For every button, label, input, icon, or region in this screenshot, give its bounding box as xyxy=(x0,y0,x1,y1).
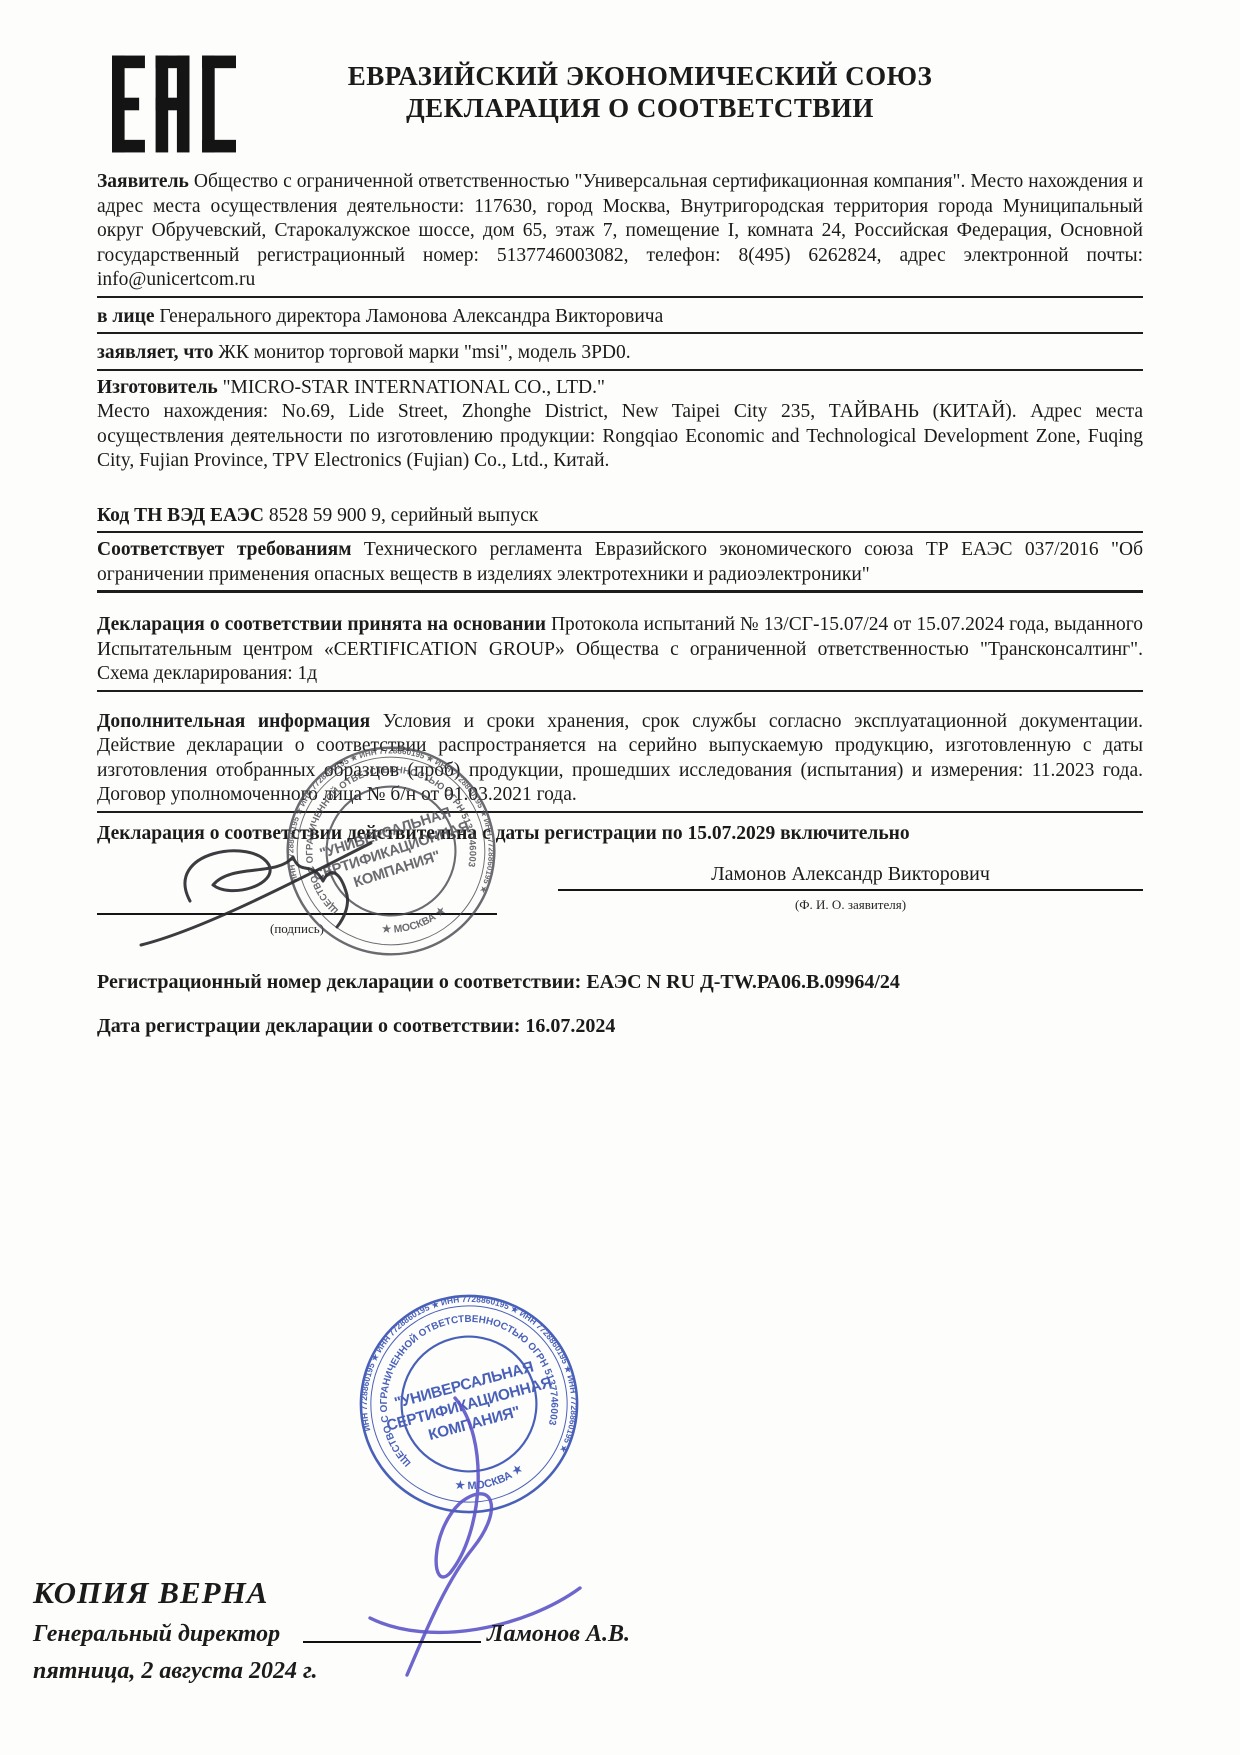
applicant-text: Общество с ограниченной ответственностью… xyxy=(97,171,1143,290)
manufacturer-name: "MICRO-STAR INTERNATIONAL CO., LTD." xyxy=(223,377,605,398)
applicant-label: Заявитель xyxy=(97,171,189,192)
compliance-paragraph: Соответствует требованиям Технического р… xyxy=(97,538,1143,587)
name-line xyxy=(558,889,1143,891)
applicant-paragraph: Заявитель Общество с ограниченной ответс… xyxy=(97,170,1143,293)
registration-number-label: Регистрационный номер декларации о соотв… xyxy=(97,971,581,993)
declares-section: заявляет, что ЖК монитор торговой марки … xyxy=(97,341,1143,371)
representative-label: в лице xyxy=(97,306,154,327)
registration-date-value: 16.07.2024 xyxy=(525,1015,615,1037)
manufacturer-name-line: Изготовитель "MICRO-STAR INTERNATIONAL C… xyxy=(97,376,1143,401)
declaration-document-page: ЕВРАЗИЙСКИЙ ЭКОНОМИЧЕСКИЙ СОЮЗ ДЕКЛАРАЦИ… xyxy=(0,0,1240,1755)
handwritten-signature-black xyxy=(135,833,455,953)
declares-label: заявляет, что xyxy=(97,342,214,363)
eac-logo-icon xyxy=(112,52,236,156)
registration-date-label: Дата регистрации декларации о соответств… xyxy=(97,1015,520,1037)
declares-text: ЖК монитор торговой марки "msi", модель … xyxy=(218,342,630,363)
declares-paragraph: заявляет, что ЖК монитор торговой марки … xyxy=(97,341,1143,366)
manufacturer-label: Изготовитель xyxy=(97,377,218,398)
director-name: Ламонов А.В. xyxy=(487,1621,630,1648)
registration-number-line: Регистрационный номер декларации о соотв… xyxy=(97,970,1143,995)
basis-section: Декларация о соответствии принята на осн… xyxy=(97,613,1143,692)
representative-text: Генерального директора Ламонова Александ… xyxy=(159,306,663,327)
document-header: ЕВРАЗИЙСКИЙ ЭКОНОМИЧЕСКИЙ СОЮЗ ДЕКЛАРАЦИ… xyxy=(240,60,1040,124)
registration-block: Регистрационный номер декларации о соотв… xyxy=(97,970,1143,1039)
applicant-section: Заявитель Общество с ограниченной ответс… xyxy=(97,170,1143,298)
registration-date-line: Дата регистрации декларации о соответств… xyxy=(97,1014,1143,1039)
basis-paragraph: Декларация о соответствии принята на осн… xyxy=(97,613,1143,687)
tnved-label: Код ТН ВЭД ЕАЭС xyxy=(97,505,264,526)
compliance-section: Соответствует требованиям Технического р… xyxy=(97,538,1143,593)
director-title: Генеральный директор xyxy=(33,1621,303,1648)
union-title: ЕВРАЗИЙСКИЙ ЭКОНОМИЧЕСКИЙ СОЮЗ xyxy=(240,60,1040,92)
applicant-full-name: Ламонов Александр Викторович xyxy=(558,861,1143,887)
eac-logo-letters xyxy=(112,56,236,153)
manufacturer-address: Место нахождения: No.69, Lide Street, Zh… xyxy=(97,400,1143,474)
tnved-section: Код ТН ВЭД ЕАЭС 8528 59 900 9, серийный … xyxy=(97,504,1143,534)
manufacturer-section: Изготовитель "MICRO-STAR INTERNATIONAL C… xyxy=(97,376,1143,474)
name-caption: (Ф. И. О. заявителя) xyxy=(558,893,1143,918)
representative-section: в лице Генерального директора Ламонова А… xyxy=(97,303,1143,335)
compliance-label: Соответствует требованиям xyxy=(97,539,351,560)
copy-certification-block: КОПИЯ ВЕРНА Генеральный директор Ламонов… xyxy=(33,1576,673,1685)
document-title: ДЕКЛАРАЦИЯ О СООТВЕТСТВИИ xyxy=(240,92,1040,124)
representative-paragraph: в лице Генерального директора Ламонова А… xyxy=(97,305,1143,330)
tnved-paragraph: Код ТН ВЭД ЕАЭС 8528 59 900 9, серийный … xyxy=(97,504,1143,529)
additional-info-label: Дополнительная информация xyxy=(97,711,370,732)
additional-info-paragraph: Дополнительная информация Условия и срок… xyxy=(97,710,1143,808)
director-signature-line xyxy=(303,1619,481,1643)
basis-label: Декларация о соответствии принята на осн… xyxy=(97,614,546,635)
registration-number-value: ЕАЭС N RU Д-TW.РА06.В.09964/24 xyxy=(586,971,900,993)
copy-valid-title: КОПИЯ ВЕРНА xyxy=(33,1576,673,1610)
applicant-name-cell: Ламонов Александр Викторович (Ф. И. О. з… xyxy=(558,861,1143,918)
additional-info-section: Дополнительная информация Условия и срок… xyxy=(97,710,1143,813)
tnved-text: 8528 59 900 9, серийный выпуск xyxy=(269,505,539,526)
director-signature-row: Генеральный директор Ламонов А.В. xyxy=(33,1619,673,1648)
copy-date: пятница, 2 августа 2024 г. xyxy=(33,1658,673,1685)
